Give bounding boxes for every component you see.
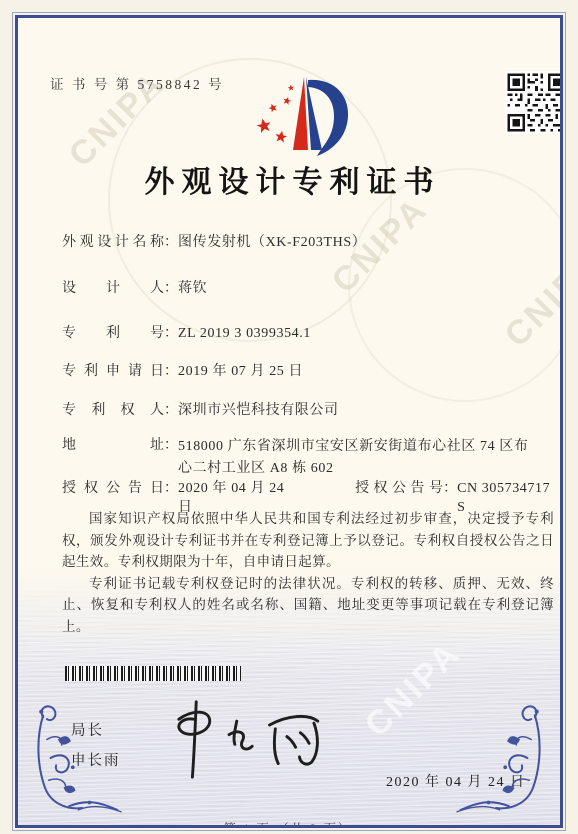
field-label: 授权公告日 (62, 479, 164, 498)
legal-paragraph-1: 国家知识产权局依照中华人民共和国专利法经过初步审查，决定授予专利权，颁发外观设计… (62, 508, 554, 573)
certificate-border-inner: CNIPA CNIPA CNIPA CNIPA 证 书 号 第 5758842 … (15, 15, 563, 828)
qr-code (505, 71, 563, 134)
corner-flourish-left (32, 699, 134, 817)
legal-text: 国家知识产权局依照中华人民共和国专利法经过初步审查，决定授予专利权，颁发外观设计… (62, 508, 554, 637)
field-value: 2019 年 07 月 25 日 (178, 362, 303, 381)
field-value: 深圳市兴恺科技有限公司 (178, 401, 339, 420)
field-label: 专利申请日 (62, 362, 164, 381)
field-value: 518000 广东省深圳市宝安区新安街道布心社区 74 区布心二村工业区 A8 … (178, 436, 540, 480)
barcode (65, 666, 241, 681)
cnipa-watermark: CNIPA (498, 244, 563, 355)
field-address: 地址： 518000 广东省深圳市宝安区新安街道布心社区 74 区布心二村工业区… (62, 436, 540, 480)
cnipa-logo-icon (251, 74, 358, 162)
legal-paragraph-2: 专利证书记载专利权登记时的法律状况。专利权的转移、质押、无效、终止、恢复和专利权… (62, 573, 554, 638)
field-designer: 设计人： 蒋钦 (62, 279, 207, 298)
field-label: 外观设计名称 (62, 233, 164, 252)
field-filing-date: 专利申请日： 2019 年 07 月 25 日 (62, 362, 303, 381)
field-value: 图传发射机（XK-F203THS） (178, 233, 366, 252)
field-label: 专利权人 (62, 401, 164, 420)
field-patentee: 专利权人： 深圳市兴恺科技有限公司 (62, 401, 339, 420)
field-design-name: 外观设计名称： 图传发射机（XK-F203THS） (62, 233, 366, 252)
field-label: 设计人 (62, 279, 164, 298)
page-footer: 第 1 页 （共 2 页） (18, 819, 558, 828)
director-signature-handwriting (151, 698, 336, 780)
field-value: ZL 2019 3 0399354.1 (178, 324, 311, 343)
field-label: 专利号 (62, 324, 164, 343)
field-patent-number: 专利号： ZL 2019 3 0399354.1 (62, 324, 311, 343)
field-value: 蒋钦 (178, 279, 207, 298)
background-swirl-watermark (348, 168, 563, 402)
certificate-title: 外观设计专利证书 (18, 157, 560, 201)
corner-flourish-right (444, 699, 546, 817)
certificate-page: CNIPA CNIPA CNIPA CNIPA 证 书 号 第 5758842 … (0, 0, 578, 834)
certificate-number: 证 书 号 第 5758842 号 (50, 73, 224, 93)
field-label: 地址 (62, 436, 164, 455)
